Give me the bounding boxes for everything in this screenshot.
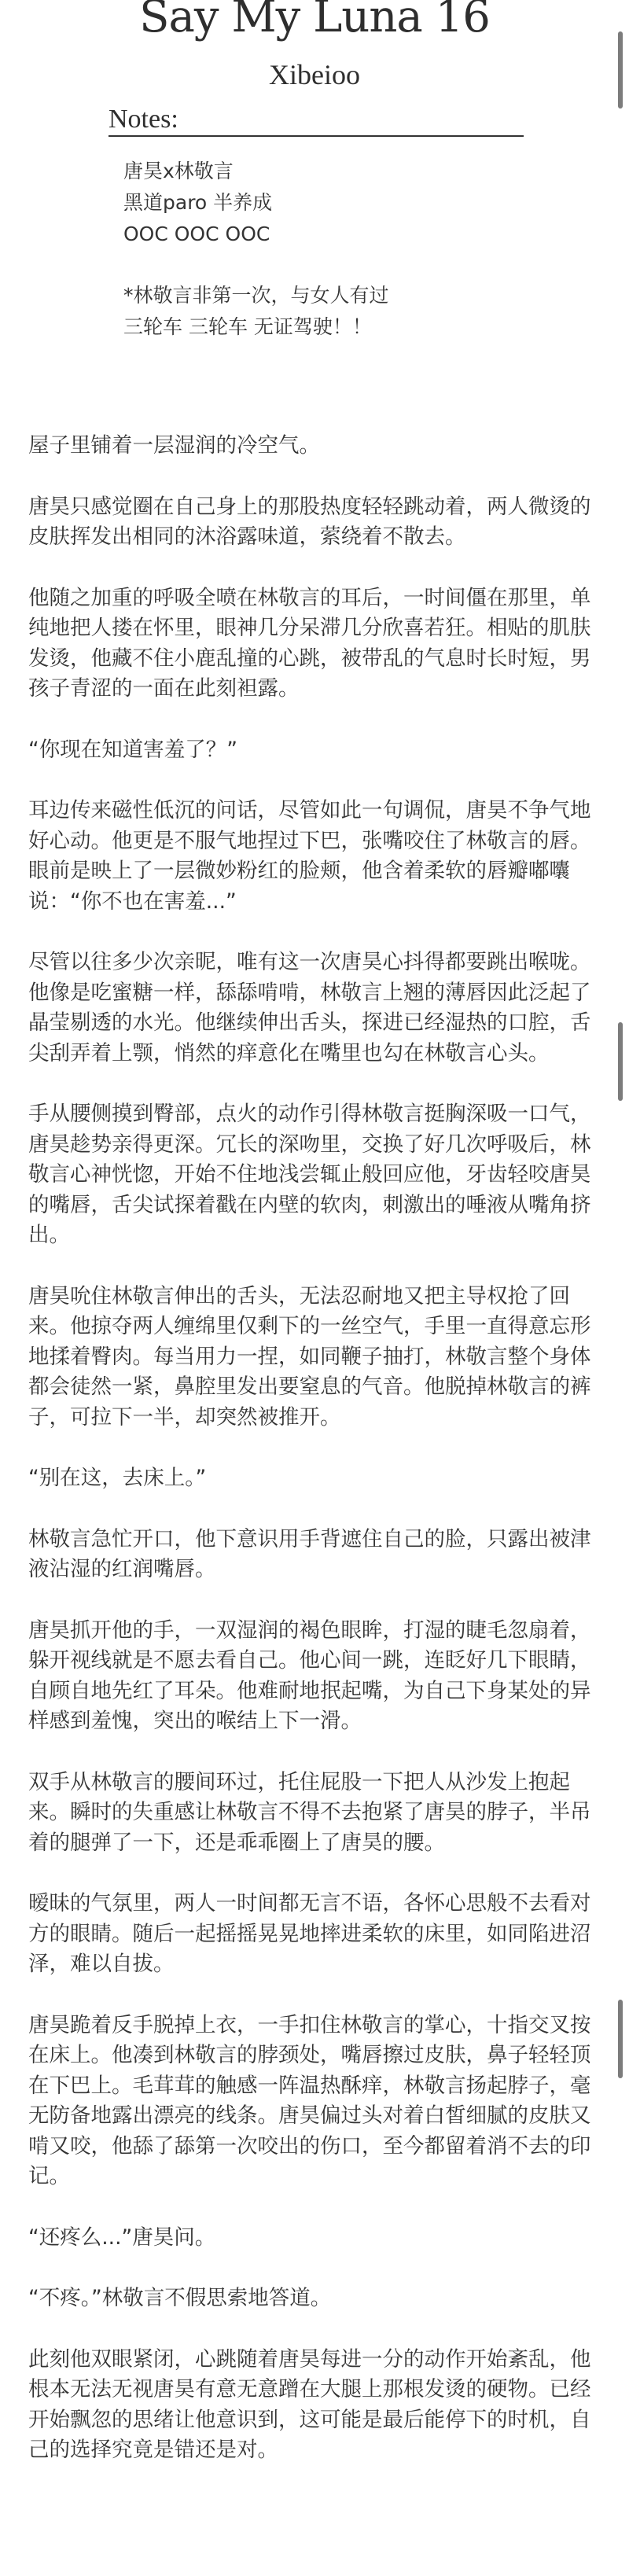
scrollbar-thumb[interactable] bbox=[618, 2000, 623, 2078]
chapter-text: 屋子里铺着一层湿润的冷空气。 唐昊只感觉圈在自己身上的那股热度轻轻跳动着，两人微… bbox=[28, 431, 601, 2497]
notes-line: 唐昊x林敬言 bbox=[123, 156, 564, 187]
paragraph: “还疼么...”唐昊问。 bbox=[28, 2223, 601, 2254]
notes-line: *林敬言非第一次，与女人有过 bbox=[123, 280, 564, 311]
notes-line: OOC OOC OOC bbox=[123, 219, 564, 250]
paragraph: 暧昧的气氛里，两人一时间都无言不语，各怀心思般不去看对方的眼睛。随后一起摇摇晃晃… bbox=[28, 1889, 601, 1980]
paragraph: 手从腰侧摸到臀部，点火的动作引得林敬言挺胸深吸一口气，唐昊趁势亲得更深。冗长的深… bbox=[28, 1099, 601, 1251]
paragraph: 此刻他双眼紧闭，心跳随着唐昊每进一分的动作开始紊乱，他根本无法无视唐昊有意无意蹭… bbox=[28, 2345, 601, 2466]
paragraph: 林敬言急忙开口，他下意识用手背遮住自己的脸，只露出被津液沾湿的红润嘴唇。 bbox=[28, 1525, 601, 1585]
notes-line: 黑道paro 半养成 bbox=[123, 187, 564, 219]
paragraph: 屋子里铺着一层湿润的冷空气。 bbox=[28, 431, 601, 462]
notes-heading: Notes: bbox=[109, 104, 524, 137]
paragraph: “你现在知道害羞了？” bbox=[28, 735, 601, 766]
work-title: Say My Luna 16 bbox=[0, 0, 629, 46]
paragraph: “别在这，去床上。” bbox=[28, 1463, 601, 1494]
scrollbar-thumb[interactable] bbox=[618, 31, 623, 109]
notes-body: 唐昊x林敬言 黑道paro 半养成 OOC OOC OOC *林敬言非第一次，与… bbox=[123, 156, 564, 343]
paragraph: 他随之加重的呼吸全喷在林敬言的耳后，一时间僵在那里，单纯地把人搂在怀里，眼神几分… bbox=[28, 583, 601, 705]
paragraph: 唐昊吮住林敬言伸出的舌头，无法忍耐地又把主导权抢了回来。他掠夺两人缠绵里仅剩下的… bbox=[28, 1282, 601, 1433]
notes-line: 三轮车 三轮车 无证驾驶！！ bbox=[123, 311, 564, 343]
notes-line-blank bbox=[123, 250, 564, 280]
paragraph: 尽管以往多少次亲昵，唯有这一次唐昊心抖得都要跳出喉咙。他像是吃蜜糖一样，舔舔啃啃… bbox=[28, 948, 601, 1069]
author-name[interactable]: Xibeioo bbox=[0, 58, 629, 91]
paragraph: 唐昊跪着反手脱掉上衣，一手扣住林敬言的掌心，十指交叉按在床上。他凑到林敬言的脖颈… bbox=[28, 2011, 601, 2192]
paragraph: 耳边传来磁性低沉的问话，尽管如此一句调侃，唐昊不争气地好心动。他更是不服气地捏过… bbox=[28, 796, 601, 917]
paragraph: 唐昊抓开他的手，一双湿润的褐色眼眸，打湿的睫毛忽扇着，躲开视线就是不愿去看自己。… bbox=[28, 1616, 601, 1737]
paragraph: 双手从林敬言的腰间环过，托住屁股一下把人从沙发上抱起来。瞬时的失重感让林敬言不得… bbox=[28, 1768, 601, 1859]
paragraph: “不疼。”林敬言不假思索地答道。 bbox=[28, 2283, 601, 2314]
paragraph: 唐昊只感觉圈在自己身上的那股热度轻轻跳动着，两人微烫的皮肤挥发出相同的沐浴露味道… bbox=[28, 492, 601, 553]
scrollbar-thumb[interactable] bbox=[618, 1022, 623, 1101]
